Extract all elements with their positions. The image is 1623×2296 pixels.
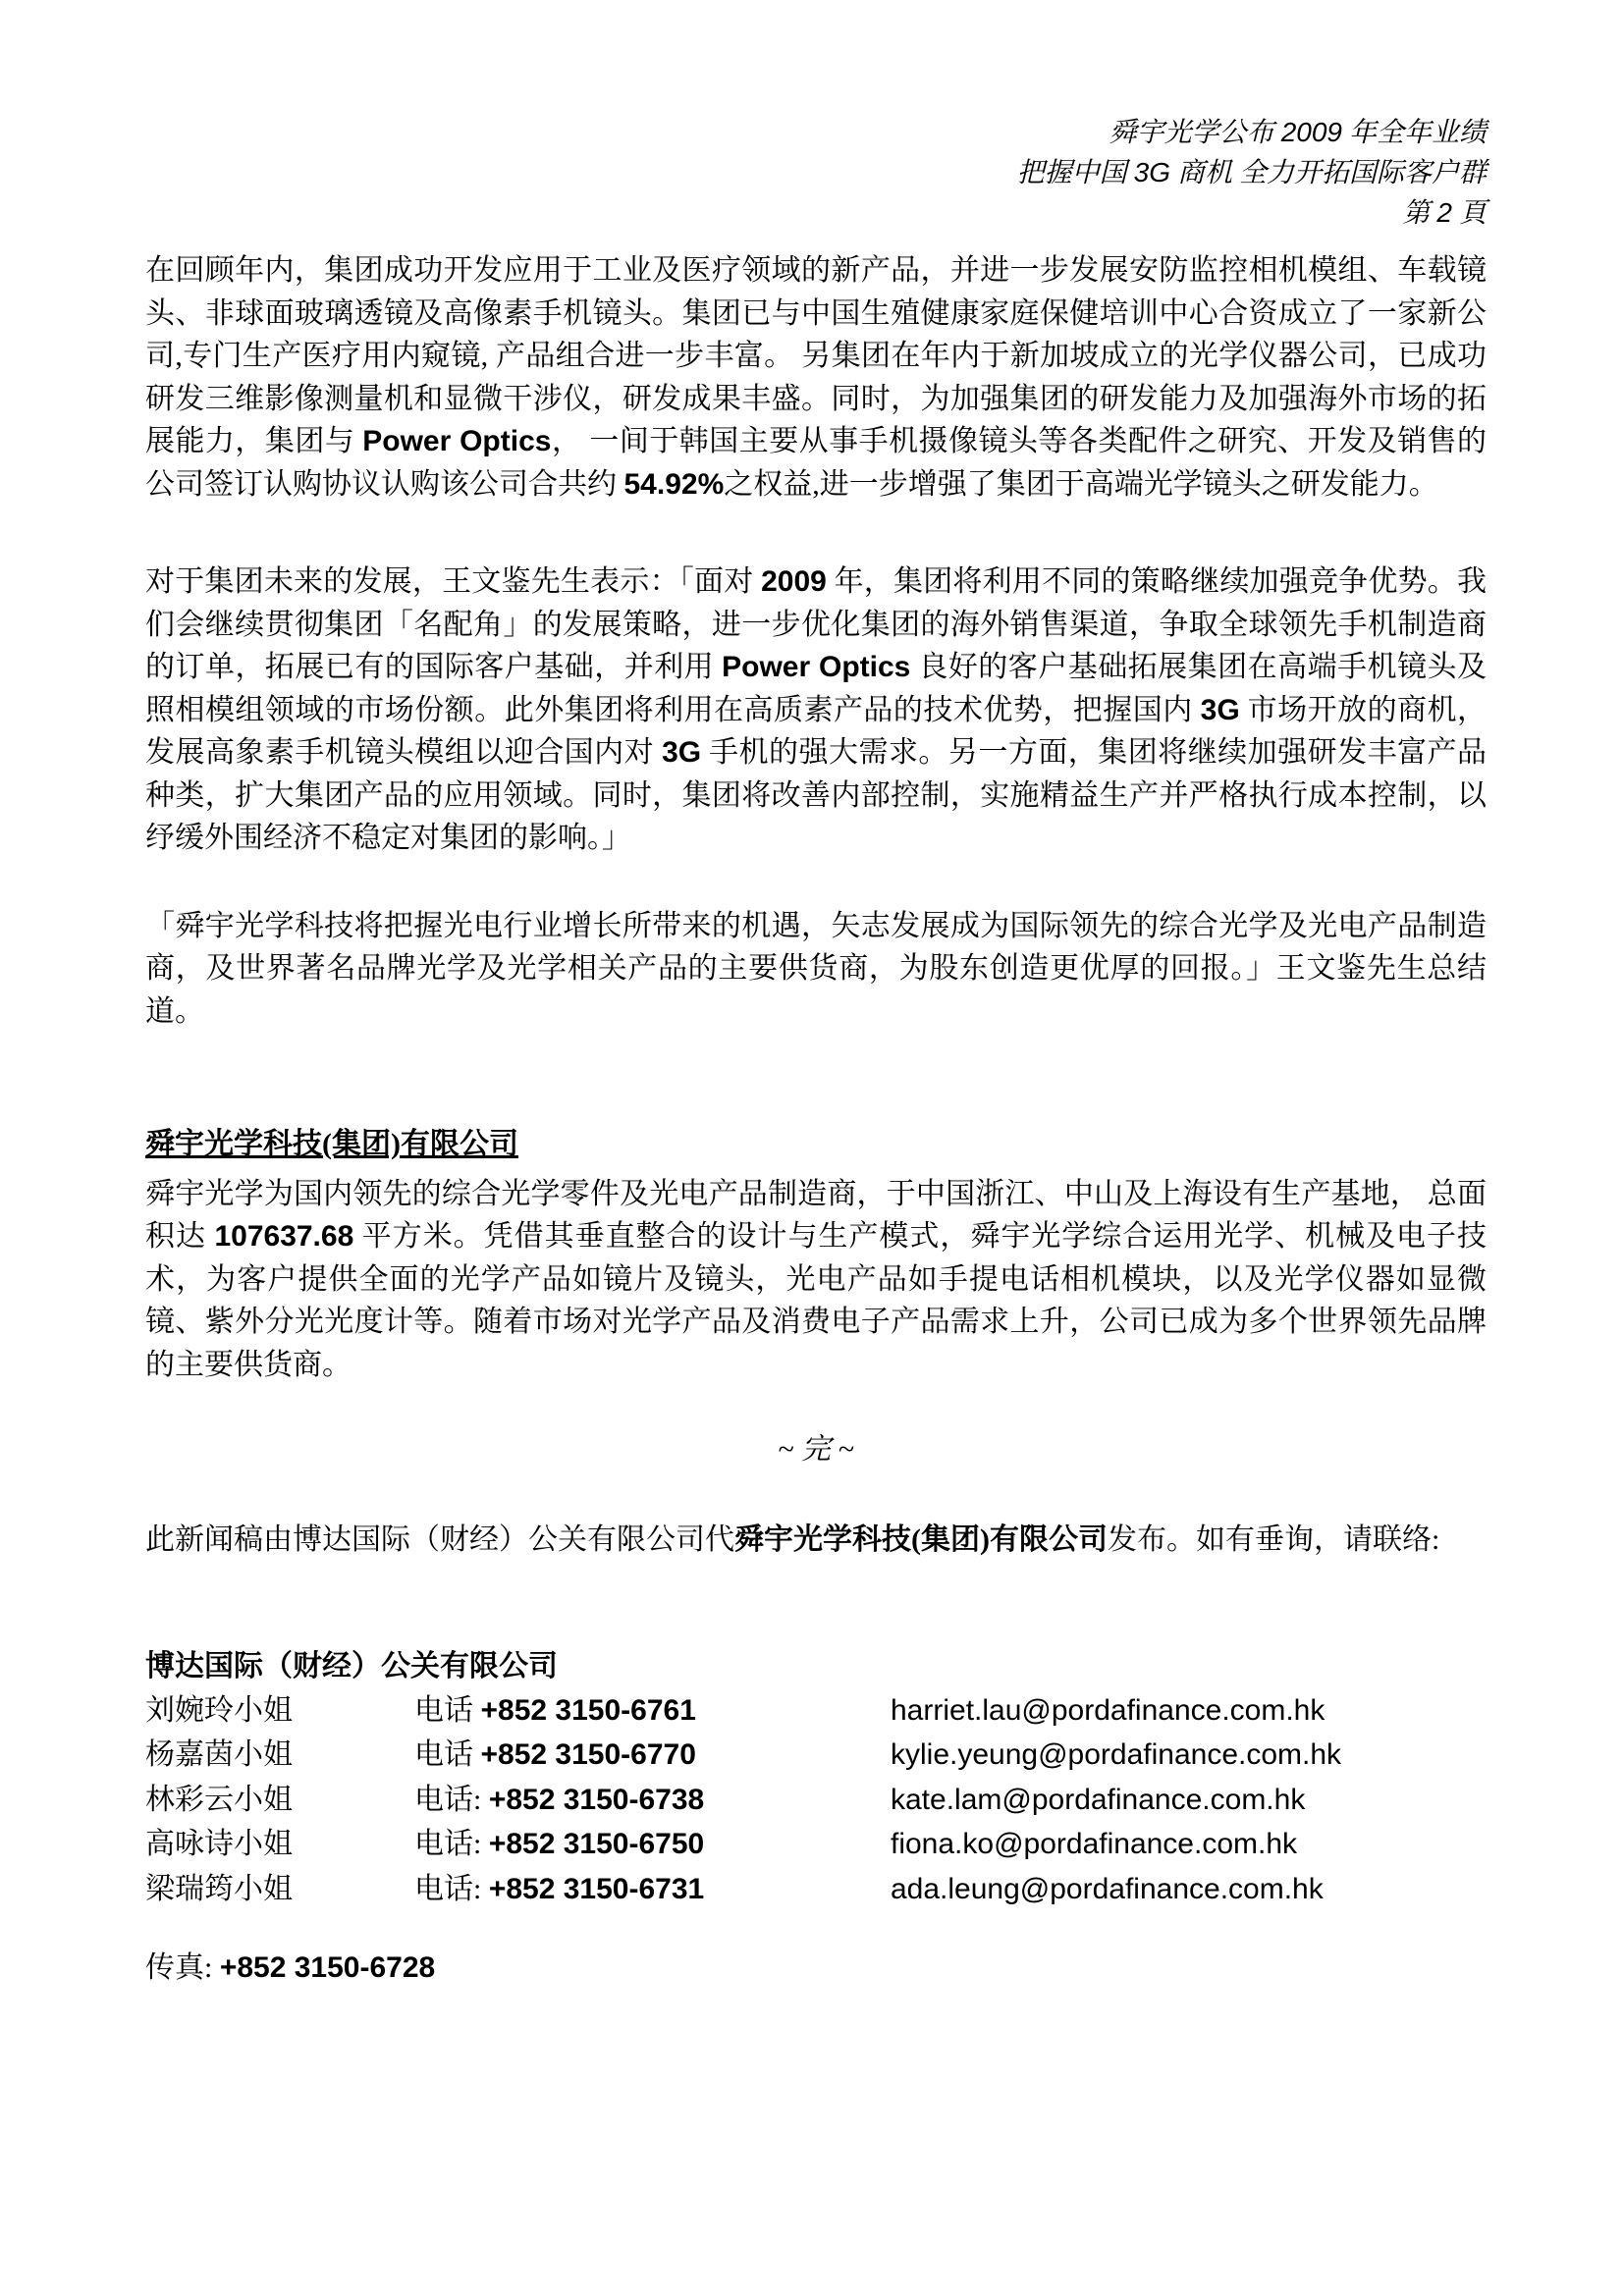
contact-row: 杨嘉茵小姐 电话 +852 3150-6770 kylie.yeung@pord… bbox=[145, 1733, 1487, 1778]
contact-row: 梁瑞筠小姐 电话: +852 3150-6731 ada.leung@porda… bbox=[145, 1867, 1487, 1912]
contact-row: 高咏诗小姐 电话: +852 3150-6750 fiona.ko@pordaf… bbox=[145, 1822, 1487, 1867]
contact-name: 梁瑞筠小姐 bbox=[145, 1867, 414, 1912]
contact-name: 高咏诗小姐 bbox=[145, 1822, 414, 1867]
phone-number: +852 3150-6761 bbox=[481, 1694, 696, 1727]
contact-name: 林彩云小姐 bbox=[145, 1778, 414, 1823]
contact-name: 杨嘉茵小姐 bbox=[145, 1733, 414, 1778]
phone-number: +852 3150-6750 bbox=[489, 1828, 704, 1860]
email-address: kate.lam@pordafinance.com.hk bbox=[891, 1778, 1487, 1823]
header-title-line: 舜宇光学公布 2009 年全年业绩 bbox=[145, 113, 1487, 153]
contact-company-name: 博达国际（财经）公关有限公司 bbox=[145, 1645, 1487, 1688]
contact-phone: 电话: +852 3150-6731 bbox=[414, 1867, 891, 1912]
phone-label: 电话: bbox=[414, 1873, 481, 1905]
contact-row: 林彩云小姐 电话: +852 3150-6738 kate.lam@pordaf… bbox=[145, 1778, 1487, 1823]
document-page: 舜宇光学公布 2009 年全年业绩 把握中国 3G 商机 全力开拓国际客户群 第… bbox=[0, 0, 1623, 2296]
contact-phone: 电话: +852 3150-6738 bbox=[414, 1778, 891, 1823]
page-header: 舜宇光学公布 2009 年全年业绩 把握中国 3G 商机 全力开拓国际客户群 第… bbox=[145, 113, 1487, 234]
contact-name: 刘婉玲小姐 bbox=[145, 1688, 414, 1734]
contact-phone: 电话 +852 3150-6761 bbox=[414, 1688, 891, 1734]
contact-phone: 电话 +852 3150-6770 bbox=[414, 1733, 891, 1778]
phone-number: +852 3150-6770 bbox=[481, 1738, 696, 1771]
email-address: fiona.ko@pordafinance.com.hk bbox=[891, 1822, 1487, 1867]
contact-phone: 电话: +852 3150-6750 bbox=[414, 1822, 891, 1867]
paragraph-review-year: 在回顾年内，集团成功开发应用于工业及医疗领域的新产品，并进一步发展安防监控相机模… bbox=[145, 249, 1487, 506]
email-address: kylie.yeung@pordafinance.com.hk bbox=[891, 1733, 1487, 1778]
fax-line: 传真: +852 3150-6728 bbox=[145, 1947, 1487, 1990]
contact-row: 刘婉玲小姐 电话 +852 3150-6761 harriet.lau@pord… bbox=[145, 1688, 1487, 1734]
phone-number: +852 3150-6738 bbox=[489, 1784, 704, 1816]
phone-label: 电话: bbox=[414, 1784, 481, 1816]
end-mark: ~ 完 ~ bbox=[145, 1428, 1487, 1471]
paragraph-chairman-quote: 「舜宇光学科技将把握光电行业增长所带来的机遇，矢志发展成为国际领先的综合光学及光… bbox=[145, 905, 1487, 1034]
paragraph-company-profile: 舜宇光学为国内领先的综合光学零件及光电产品制造商，于中国浙江、中山及上海设有生产… bbox=[145, 1173, 1487, 1387]
phone-label: 电话 bbox=[414, 1694, 473, 1727]
header-page-number: 第 2 頁 bbox=[145, 193, 1487, 234]
contact-table: 刘婉玲小姐 电话 +852 3150-6761 harriet.lau@pord… bbox=[145, 1688, 1487, 1912]
paragraph-2009-outlook: 对于集团未来的发展，王文鉴先生表示：「面对 2009 年，集团将利用不同的策略继… bbox=[145, 561, 1487, 860]
paragraph-distribution-note: 此新闻稿由博达国际（财经）公关有限公司代舜宇光学科技(集团)有限公司发布。如有垂… bbox=[145, 1519, 1487, 1562]
email-address: ada.leung@pordafinance.com.hk bbox=[891, 1867, 1487, 1912]
phone-label: 电话 bbox=[414, 1738, 473, 1771]
fax-label: 传真: bbox=[145, 1951, 212, 1984]
phone-label: 电话: bbox=[414, 1828, 481, 1860]
fax-number: +852 3150-6728 bbox=[220, 1951, 435, 1984]
phone-number: +852 3150-6731 bbox=[489, 1873, 704, 1905]
section-heading-company-name: 舜宇光学科技(集团)有限公司 bbox=[145, 1123, 1487, 1166]
header-subtitle-line: 把握中国 3G 商机 全力开拓国际客户群 bbox=[145, 153, 1487, 193]
email-address: harriet.lau@pordafinance.com.hk bbox=[891, 1688, 1487, 1734]
